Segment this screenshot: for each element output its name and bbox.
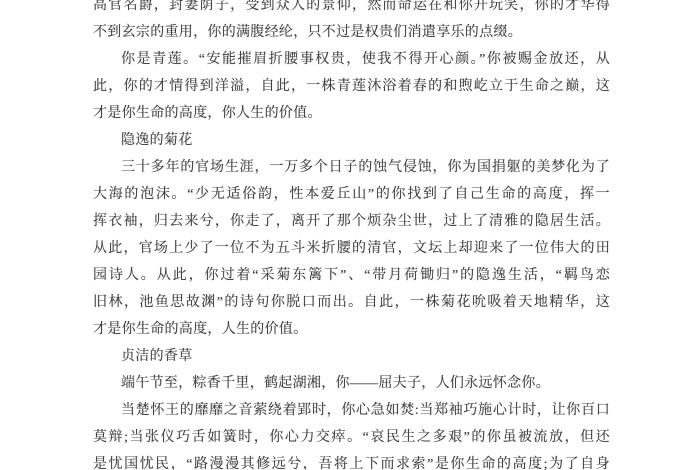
text-line: 当楚怀王的靡靡之音萦绕着郢时，你心急如焚:当郑袖巧施心计时，让你百口 [93,397,610,424]
document-page: { "page": { "background_color": "#ffffff… [0,0,700,470]
text-line: 是忧国忧民，“路漫漫其修远兮，吾将上下而求索”是你生命的高度;为了自身 [93,451,610,470]
text-line: 不到玄宗的重用，你的满腹经纶，只不过是权贵们消遣享乐的点缀。 [93,19,610,46]
text-line: 才是你生命的高度，人生的价值。 [93,316,610,343]
text-line: 三十多年的官场生涯，一万多个日子的蚀气侵蚀，你为国捐躯的美梦化为了 [93,154,610,181]
text-line: 莫辩;当张仪巧舌如簧时，你心力交瘁。“哀民生之多艰”的你虽被流放，但还 [93,424,610,451]
text-line: 大海的泡沫。“少无适俗韵，性本爱丘山”的你找到了自己生命的高度，挥一 [93,181,610,208]
text-line: 才是你生命的高度，你人生的价值。 [93,100,610,127]
section-heading: 贞洁的香草 [93,343,610,370]
text-line: 旧林，池鱼思故渊”的诗句你脱口而出。自此，一株菊花吮吸着天地精华，这 [93,289,610,316]
text-line: 高官名爵，封妻荫子，受到众人的景仰，然而命运在和你开玩笑，你的才华得 [93,0,610,19]
text-line: 你是青莲。“安能摧眉折腰事权贵，使我不得开心颜。”你被赐金放还，从 [93,46,610,73]
text-column: 高官名爵，封妻荫子，受到众人的景仰，然而命运在和你开玩笑，你的才华得 不到玄宗的… [93,0,610,470]
text-line: 挥衣袖，归去来兮，你走了，离开了那个烦杂尘世，过上了清雅的隐居生活。 [93,208,610,235]
text-line: 端午节至，粽香千里，鹤起湖湘，你——屈夫子，人们永远怀念你。 [93,370,610,397]
text-line: 园诗人。从此，你过着“采菊东篱下”、“带月荷锄归”的隐逸生活，“羁鸟恋 [93,262,610,289]
text-line: 从此，官场上少了一位不为五斗米折腰的清官，文坛上却迎来了一位伟大的田 [93,235,610,262]
section-heading: 隐逸的菊花 [93,127,610,154]
text-line: 此，你的才情得到洋溢，自此，一株青莲沐浴着春的和煦屹立于生命之巅，这 [93,73,610,100]
